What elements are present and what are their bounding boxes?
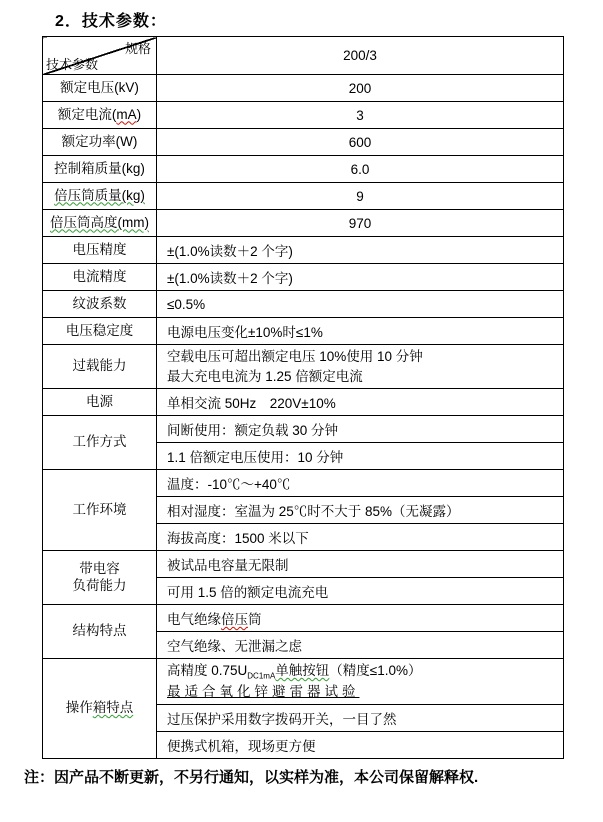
rated-current-label-close: )	[137, 107, 142, 122]
capacitive-item-2: 可用 1.5 倍的额定电流充电	[157, 578, 564, 605]
capacitive-load-label-line2: 负荷能力	[45, 578, 154, 595]
current-accuracy-value: ±(1.0%读数＋2 个字)	[157, 264, 564, 291]
table-row-current-accuracy: 电流精度 ±(1.0%读数＋2 个字)	[43, 264, 564, 291]
panel-label-pre: 操作	[66, 700, 93, 715]
power-supply-value: 单相交流 50Hz 220V±10%	[157, 389, 564, 416]
rated-current-label-text: 额定电流(	[58, 107, 117, 122]
panel-label-squiggle: 箱特点	[93, 700, 134, 715]
rated-power-value: 600	[157, 129, 564, 156]
power-supply-label: 电源	[43, 389, 157, 416]
table-row-rated-voltage: 额定电压(kV) 200	[43, 75, 564, 102]
diagonal-label-params: 技术参数	[46, 54, 98, 73]
table-row-control-box-weight: 控制箱质量(kg) 6.0	[43, 156, 564, 183]
rated-voltage-label: 额定电压(kV)	[43, 75, 157, 102]
panel-item-1-post: （精度≤1.0%）	[329, 663, 421, 678]
cylinder-weight-value: 9	[157, 183, 564, 210]
panel-item-1: 高精度 0.75UDC1mA单触按钮（精度≤1.0%） 最适合氧化锌避雷器试验	[157, 659, 564, 705]
table-row-structure-1: 结构特点 电气绝缘倍压筒	[43, 605, 564, 632]
rated-current-label: 额定电流(mA)	[43, 102, 157, 129]
table-row-panel-1: 操作箱特点 高精度 0.75UDC1mA单触按钮（精度≤1.0%） 最适合氧化锌…	[43, 659, 564, 705]
structure-item-1-pre: 电气绝缘	[167, 612, 221, 627]
overload-value: 空载电压可超出额定电压 10%使用 10 分钟 最大充电电流为 1.25 倍额定…	[157, 345, 564, 389]
table-row-duty-1: 工作方式 间断使用：额定负载 30 分钟	[43, 416, 564, 443]
capacitive-item-1: 被试品电容量无限制	[157, 551, 564, 578]
panel-item-1-button-text: 单触按钮	[275, 663, 329, 678]
table-row-environment-1: 工作环境 温度：-10℃～+40℃	[43, 470, 564, 497]
control-box-weight-label: 控制箱质量(kg)	[43, 156, 157, 183]
environment-label: 工作环境	[43, 470, 157, 551]
panel-item-1-line1: 高精度 0.75UDC1mA单触按钮（精度≤1.0%）	[167, 661, 557, 682]
cylinder-height-value: 970	[157, 210, 564, 237]
diagonal-label-spec: 规格	[125, 38, 151, 57]
environment-item-altitude: 海拔高度：1500 米以下	[157, 524, 564, 551]
cylinder-weight-label: 倍压筒质量(kg)	[43, 183, 157, 210]
structure-item-2: 空气绝缘、无泄漏之虑	[157, 632, 564, 659]
panel-label: 操作箱特点	[43, 659, 157, 759]
table-row-voltage-stability: 电压稳定度 电源电压变化±10%时≤1%	[43, 318, 564, 345]
overload-line1: 空载电压可超出额定电压 10%使用 10 分钟	[167, 347, 557, 367]
table-row-cylinder-weight: 倍压筒质量(kg) 9	[43, 183, 564, 210]
rated-power-label: 额定功率(W)	[43, 129, 157, 156]
overload-line2: 最大充电电流为 1.25 倍额定电流	[167, 367, 557, 387]
panel-item-1-pre: 高精度 0.75U	[167, 663, 247, 678]
panel-item-1-line2: 最适合氧化锌避雷器试验	[167, 682, 557, 702]
environment-item-temperature: 温度：-10℃～+40℃	[157, 470, 564, 497]
document-page: 2．技术参数： 规格 技术参数 200/3 额定电压(kV) 200 额定电流(…	[0, 0, 603, 822]
cylinder-height-label-text: 倍压筒高度(mm)	[50, 215, 149, 230]
current-accuracy-label: 电流精度	[43, 264, 157, 291]
table-row-header: 规格 技术参数 200/3	[43, 37, 564, 75]
structure-label: 结构特点	[43, 605, 157, 659]
duty-item-1: 间断使用：额定负载 30 分钟	[157, 416, 564, 443]
footer-note: 注：因产品不断更新，不另行通知，以实样为准，本公司保留解释权.	[24, 766, 603, 787]
diagonal-header-cell: 规格 技术参数	[43, 37, 157, 75]
table-row-cylinder-height: 倍压筒高度(mm) 970	[43, 210, 564, 237]
voltage-stability-label: 电压稳定度	[43, 318, 157, 345]
capacitive-load-label: 带电容 负荷能力	[43, 551, 157, 605]
rated-current-value: 3	[157, 102, 564, 129]
capacitive-load-label-line1: 带电容	[45, 561, 154, 578]
table-row-rated-current: 额定电流(mA) 3	[43, 102, 564, 129]
panel-item-3: 便携式机箱，现场更方便	[157, 731, 564, 758]
table-row-overload: 过载能力 空载电压可超出额定电压 10%使用 10 分钟 最大充电电流为 1.2…	[43, 345, 564, 389]
table-row-capacitive-1: 带电容 负荷能力 被试品电容量无限制	[43, 551, 564, 578]
control-box-weight-value: 6.0	[157, 156, 564, 183]
section-title: 2．技术参数：	[55, 8, 603, 31]
duty-label: 工作方式	[43, 416, 157, 470]
voltage-stability-value: 电源电压变化±10%时≤1%	[157, 318, 564, 345]
voltage-accuracy-value: ±(1.0%读数＋2 个字)	[157, 237, 564, 264]
structure-item-1-squiggle: 倍压	[221, 612, 248, 627]
ripple-value: ≤0.5%	[157, 291, 564, 318]
table-row-voltage-accuracy: 电压精度 ±(1.0%读数＋2 个字)	[43, 237, 564, 264]
structure-item-1-post: 筒	[248, 612, 262, 627]
panel-item-1-subscript: DC1mA	[247, 672, 275, 681]
table-row-ripple: 纹波系数 ≤0.5%	[43, 291, 564, 318]
panel-item-2: 过压保护采用数字拨码开关，一目了然	[157, 704, 564, 731]
rated-current-unit: mA	[116, 107, 136, 122]
cylinder-weight-label-text: 倍压筒质量(kg)	[54, 188, 145, 203]
cylinder-height-label: 倍压筒高度(mm)	[43, 210, 157, 237]
table-row-rated-power: 额定功率(W) 600	[43, 129, 564, 156]
environment-item-humidity: 相对湿度：室温为 25℃时不大于 85%（无凝露）	[157, 497, 564, 524]
spec-model-cell: 200/3	[157, 37, 564, 75]
voltage-accuracy-label: 电压精度	[43, 237, 157, 264]
rated-voltage-value: 200	[157, 75, 564, 102]
duty-item-2: 1.1 倍额定电压使用：10 分钟	[157, 443, 564, 470]
ripple-label: 纹波系数	[43, 291, 157, 318]
spec-table: 规格 技术参数 200/3 额定电压(kV) 200 额定电流(mA) 3 额定…	[42, 36, 564, 759]
panel-item-1-underlined: 最适合氧化锌避雷器试验	[167, 684, 360, 699]
overload-label: 过载能力	[43, 345, 157, 389]
table-row-power-supply: 电源 单相交流 50Hz 220V±10%	[43, 389, 564, 416]
structure-item-1: 电气绝缘倍压筒	[157, 605, 564, 632]
